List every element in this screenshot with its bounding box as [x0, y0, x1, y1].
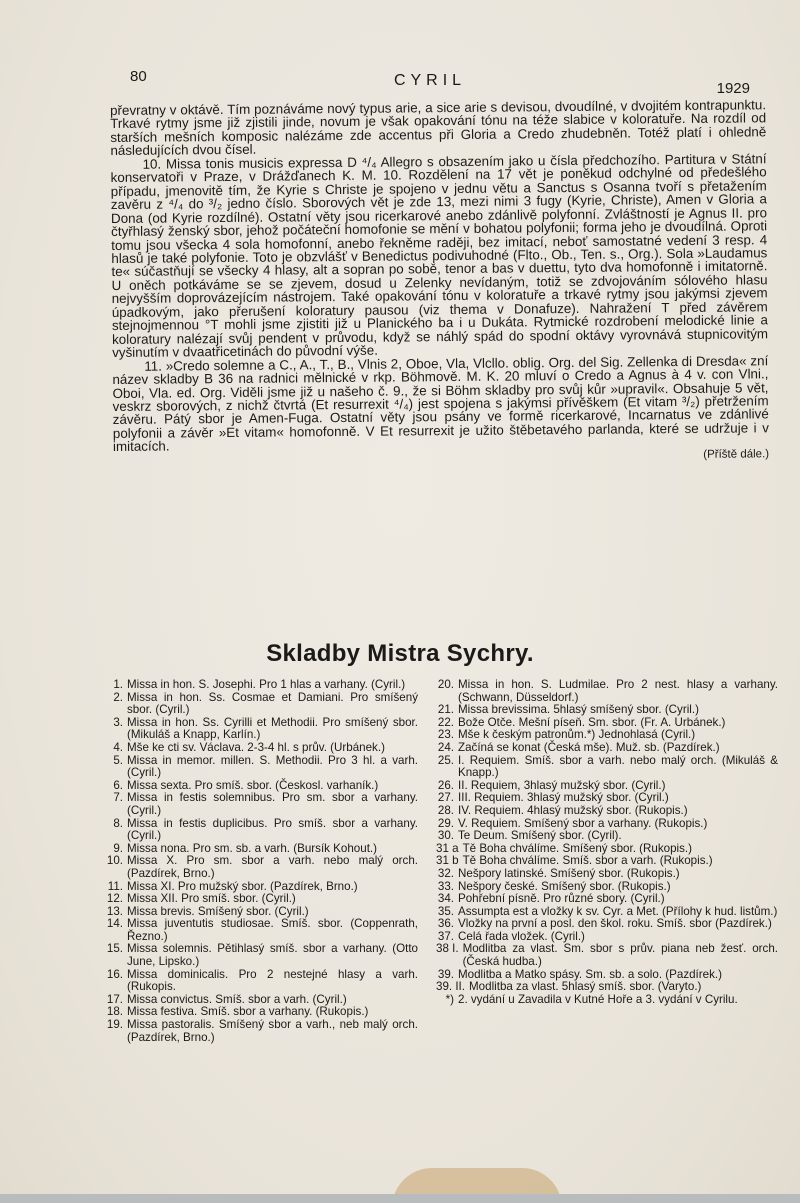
- works-list-left-column: 1.Missa in hon. S. Josephi. Pro 1 hlas a…: [106, 679, 418, 1044]
- work-description: Missa in festis duplicibus. Pro smíš. sb…: [127, 818, 418, 843]
- works-list-right-column: 20.Missa in hon. S. Ludmilae. Pro 2 nest…: [436, 679, 778, 1006]
- work-list-item: 2.Missa in hon. Ss. Cosmae et Damiani. P…: [106, 692, 418, 717]
- work-number: 25.: [436, 755, 458, 768]
- work-number: 1.: [106, 679, 127, 692]
- work-description: Missa dominicalis. Pro 2 nestejné hlasy …: [127, 969, 418, 994]
- work-number: 20.: [436, 679, 458, 692]
- work-list-item: 24.Začíná se konat (Česká mše). Muž. sb.…: [436, 742, 778, 755]
- work-list-item: 8.Missa in festis duplicibus. Pro smíš. …: [106, 818, 418, 843]
- work-description: IV. Requiem. 4hlasý mužský sbor. (Rukopi…: [458, 805, 778, 818]
- work-description: Missa XII. Pro smíš. sbor. (Cyril.): [127, 893, 418, 906]
- work-number: 10.: [106, 855, 127, 868]
- work-description: Missa juventutis studiosae. Smíš. sbor. …: [127, 918, 418, 943]
- article-paragraph: převratny v oktávě. Tím poznáváme nový t…: [110, 98, 766, 158]
- page-bottom-edge: [0, 1194, 800, 1203]
- work-list-item: 7.Missa in festis solemnibus. Pro sm. sb…: [106, 792, 418, 817]
- work-description: Modlitba za vlast. Sm. sbor s prův. pian…: [463, 943, 778, 968]
- work-number: 15.: [106, 943, 127, 956]
- work-number: 24.: [436, 742, 458, 755]
- work-description: Missa in hon. S. Josephi. Pro 1 hlas a v…: [127, 679, 418, 692]
- work-description: Missa X. Pro sm. sbor a varh. nebo malý …: [127, 855, 418, 880]
- work-list-item: 10.Missa X. Pro sm. sbor a varh. nebo ma…: [106, 855, 418, 880]
- footnote: *)2. vydání u Zavadila v Kutné Hoře a 3.…: [436, 994, 778, 1007]
- work-list-item: 39. II.Modlitba za vlast. 5hlasý smíš. s…: [436, 981, 778, 994]
- work-list-item: 1.Missa in hon. S. Josephi. Pro 1 hlas a…: [106, 679, 418, 692]
- work-list-item: 36.Vložky na první a posl. den škol. rok…: [436, 918, 778, 931]
- work-description: Missa in memor. millen. S. Methodii. Pro…: [127, 755, 418, 780]
- work-number: 38 I.: [436, 943, 463, 956]
- work-list-item: 32.Nešpory latinské. Smíšený sbor. (Ruko…: [436, 868, 778, 881]
- work-list-item: 20.Missa in hon. S. Ludmilae. Pro 2 nest…: [436, 679, 778, 704]
- work-list-item: 16.Missa dominicalis. Pro 2 nestejné hla…: [106, 969, 418, 994]
- work-number: 16.: [106, 969, 127, 982]
- work-description: Missa in festis solemnibus. Pro sm. sbor…: [127, 792, 418, 817]
- article-body: převratny v oktávě. Tím poznáváme nový t…: [110, 98, 769, 467]
- work-number: 14.: [106, 918, 127, 931]
- footnote-text: 2. vydání u Zavadila v Kutné Hoře a 3. v…: [458, 994, 778, 1007]
- work-description: Nešpory latinské. Smíšený sbor. (Rukopis…: [458, 868, 778, 881]
- section-title: Skladby Mistra Sychry.: [0, 640, 800, 668]
- work-list-item: 4.Mše ke cti sv. Václava. 2-3-4 hl. s pr…: [106, 742, 418, 755]
- work-list-item: 14.Missa juventutis studiosae. Smíš. sbo…: [106, 918, 418, 943]
- work-description: Missa pastoralis. Smíšený sbor a varh., …: [127, 1019, 418, 1044]
- work-number: 30.: [436, 830, 458, 843]
- work-list-item: 3.Missa in hon. Ss. Cyrilli et Methodii.…: [106, 717, 418, 742]
- work-description: Začíná se konat (Česká mše). Muž. sb. (P…: [458, 742, 778, 755]
- work-number: 32.: [436, 868, 458, 881]
- work-description: Pohřební písně. Pro různé sbory. (Cyril.…: [458, 893, 778, 906]
- work-number: 39. II.: [436, 981, 469, 994]
- work-number: 34.: [436, 893, 458, 906]
- work-list-item: 38 I.Modlitba za vlast. Sm. sbor s prův.…: [436, 943, 778, 968]
- work-list-item: 28.IV. Requiem. 4hlasý mužský sbor. (Ruk…: [436, 805, 778, 818]
- scanned-page: 80 CYRIL 1929 převratny v oktávě. Tím po…: [0, 0, 800, 1203]
- issue-year: 1929: [717, 80, 750, 97]
- work-list-item: 15.Missa solemnis. Pětihlasý smíš. sbor …: [106, 943, 418, 968]
- work-list-item: 5.Missa in memor. millen. S. Methodii. P…: [106, 755, 418, 780]
- work-number: 7.: [106, 792, 127, 805]
- article-paragraph: 11. »Credo solemne a C., A., T., B., Vln…: [112, 354, 769, 454]
- work-list-item: 30.Te Deum. Smíšený sbor. (Cyril).: [436, 830, 778, 843]
- work-number: 36.: [436, 918, 458, 931]
- work-description: Missa brevissima. 5hlasý smíšený sbor. (…: [458, 704, 778, 717]
- work-description: Te Deum. Smíšený sbor. (Cyril).: [458, 830, 778, 843]
- work-number: 2.: [106, 692, 127, 705]
- work-number: 21.: [436, 704, 458, 717]
- work-number: 4.: [106, 742, 127, 755]
- work-number: 19.: [106, 1019, 127, 1032]
- work-description: Vložky na první a posl. den škol. roku. …: [458, 918, 778, 931]
- work-number: 3.: [106, 717, 127, 730]
- footnote-marker: *): [436, 994, 458, 1007]
- work-number: 28.: [436, 805, 458, 818]
- article-paragraph: 10. Missa tonis musicis expressa D ⁴/₄ A…: [110, 152, 768, 360]
- journal-title: CYRIL: [110, 72, 750, 90]
- work-description: Missa in hon. Ss. Cosmae et Damiani. Pro…: [127, 692, 418, 717]
- running-header: 80 CYRIL 1929: [110, 66, 750, 96]
- work-list-item: 21.Missa brevissima. 5hlasý smíšený sbor…: [436, 704, 778, 717]
- work-description: Missa in hon. S. Ludmilae. Pro 2 nest. h…: [458, 679, 778, 704]
- work-description: Missa solemnis. Pětihlasý smíš. sbor a v…: [127, 943, 418, 968]
- work-list-item: 12.Missa XII. Pro smíš. sbor. (Cyril.): [106, 893, 418, 906]
- work-description: I. Requiem. Smíš. sbor a varh. nebo malý…: [458, 755, 778, 780]
- work-number: 5.: [106, 755, 127, 768]
- work-list-item: 34.Pohřební písně. Pro různé sbory. (Cyr…: [436, 893, 778, 906]
- work-list-item: 19.Missa pastoralis. Smíšený sbor a varh…: [106, 1019, 418, 1044]
- work-number: 12.: [106, 893, 127, 906]
- work-description: Mše ke cti sv. Václava. 2-3-4 hl. s prův…: [127, 742, 418, 755]
- work-description: Modlitba za vlast. 5hlasý smíš. sbor. (V…: [469, 981, 778, 994]
- work-description: Missa in hon. Ss. Cyrilli et Methodii. P…: [127, 717, 418, 742]
- work-number: 8.: [106, 818, 127, 831]
- work-list-item: 25.I. Requiem. Smíš. sbor a varh. nebo m…: [436, 755, 778, 780]
